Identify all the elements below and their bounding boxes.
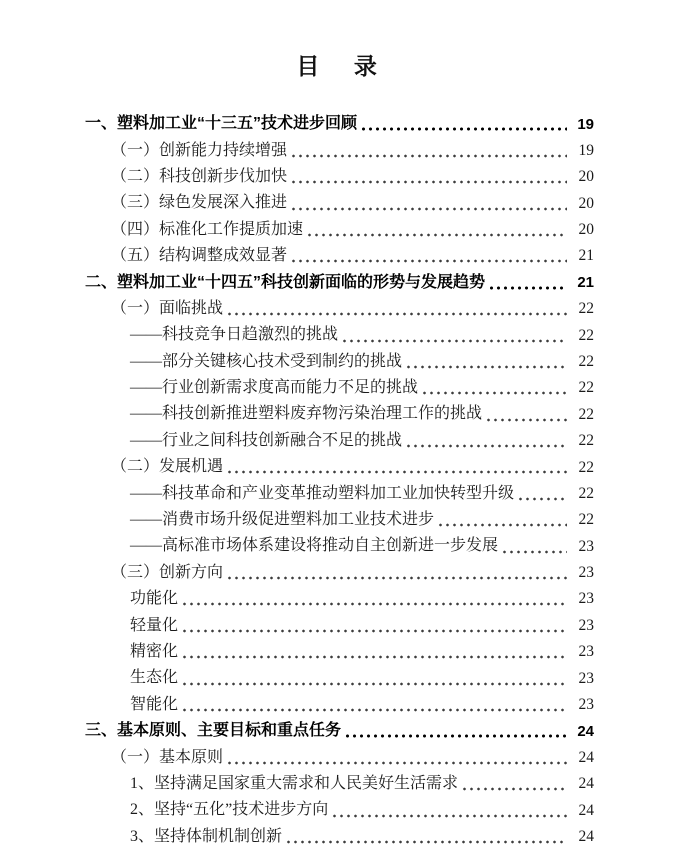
dot-leader <box>360 126 567 132</box>
toc-entry: 1、坚持满足国家重大需求和人民美好生活需求24 <box>0 771 679 797</box>
toc-entry-label: 三、基本原则、主要目标和重点任务 <box>85 723 341 739</box>
toc-entry-label: 精密化 <box>130 644 178 660</box>
toc-entry-page: 21 <box>571 248 594 264</box>
toc-entry: （一）面临挑战22 <box>0 296 679 322</box>
toc-entry-page: 22 <box>571 486 594 502</box>
toc-entry-label: ——科技革命和产业变革推动塑料加工业加快转型升级 <box>130 486 514 502</box>
toc-entry-page: 22 <box>571 512 594 528</box>
dot-leader <box>181 628 567 634</box>
dot-leader <box>181 601 567 607</box>
toc-entry-page: 22 <box>571 460 594 476</box>
toc-entry-page: 23 <box>571 697 594 713</box>
toc-entry: 智能化23 <box>0 692 679 718</box>
toc-entry-page: 24 <box>571 776 594 792</box>
dot-leader <box>181 681 567 687</box>
toc-entry: （三）创新方向23 <box>0 560 679 586</box>
page-title: 目 录 <box>0 0 679 78</box>
dot-leader <box>488 285 567 291</box>
dot-leader <box>405 364 567 370</box>
dot-leader <box>485 417 567 423</box>
toc-entry: 二、塑料加工业“十四五”科技创新面临的形势与发展趋势21 <box>0 269 679 295</box>
dot-leader <box>461 786 567 792</box>
toc-entry: ——高标准市场体系建设将推动自主创新进一步发展23 <box>0 533 679 559</box>
toc-entry-page: 19 <box>571 117 594 132</box>
toc-entry: 3、坚持体制机制创新24 <box>0 824 679 850</box>
toc-entry-label: 轻量化 <box>130 618 178 634</box>
dot-leader <box>331 813 567 819</box>
toc-entry: ——科技竞争日趋激烈的挑战22 <box>0 322 679 348</box>
toc-entry-page: 23 <box>571 671 594 687</box>
dot-leader <box>421 390 567 396</box>
toc-entry-label: （二）科技创新步伐加快 <box>111 169 287 185</box>
dot-leader <box>344 733 567 739</box>
toc-entry-label: 功能化 <box>130 591 178 607</box>
toc-entry-page: 22 <box>571 328 594 344</box>
dot-leader <box>290 258 567 264</box>
toc-entry-label: ——行业创新需求度高而能力不足的挑战 <box>130 380 418 396</box>
dot-leader <box>306 232 567 238</box>
dot-leader <box>405 443 567 449</box>
toc-entry: ——科技革命和产业变革推动塑料加工业加快转型升级22 <box>0 480 679 506</box>
toc-entry-page: 19 <box>571 143 594 159</box>
toc-entry-page: 20 <box>571 196 594 212</box>
toc-entry-label: 二、塑料加工业“十四五”科技创新面临的形势与发展趋势 <box>85 275 485 291</box>
toc-entry-page: 22 <box>571 301 594 317</box>
toc-entry-label: ——部分关键核心技术受到制约的挑战 <box>130 354 402 370</box>
toc-entry: （一）基本原则24 <box>0 744 679 770</box>
toc-entry-page: 23 <box>571 565 594 581</box>
dot-leader <box>181 654 567 660</box>
dot-leader <box>226 760 567 766</box>
toc-entry: （三）绿色发展深入推进20 <box>0 190 679 216</box>
toc-entry-page: 22 <box>571 433 594 449</box>
toc-entry-label: （三）创新方向 <box>111 565 223 581</box>
toc-entry-page: 23 <box>571 644 594 660</box>
toc-entry-label: 3、坚持体制机制创新 <box>130 829 282 845</box>
toc-entry: 2、坚持“五化”技术进步方向24 <box>0 797 679 823</box>
toc-entry-label: 2、坚持“五化”技术进步方向 <box>130 802 328 818</box>
toc-entry-page: 22 <box>571 380 594 396</box>
dot-leader <box>290 206 567 212</box>
dot-leader <box>285 839 567 845</box>
toc-entry-page: 22 <box>571 407 594 423</box>
toc-entry: （一）创新能力持续增强19 <box>0 137 679 163</box>
toc-entry-label: （四）标准化工作提质加速 <box>111 222 303 238</box>
dot-leader <box>226 575 567 581</box>
toc-entry: ——部分关键核心技术受到制约的挑战22 <box>0 349 679 375</box>
dot-leader <box>501 549 567 555</box>
toc-entry-label: （一）创新能力持续增强 <box>111 143 287 159</box>
toc-entry-page: 24 <box>571 750 594 766</box>
toc-entry-page: 21 <box>571 275 594 290</box>
toc-entry-label: 智能化 <box>130 697 178 713</box>
toc-entry-page: 23 <box>571 591 594 607</box>
toc-entry-page: 24 <box>571 829 594 845</box>
toc-entry: 一、塑料加工业“十三五”技术进步回顾19 <box>0 111 679 137</box>
toc-entry-label: ——科技竞争日趋激烈的挑战 <box>130 327 338 343</box>
toc-entry: ——消费市场升级促进塑料加工业技术进步22 <box>0 507 679 533</box>
dot-leader <box>437 522 567 528</box>
toc-entry-label: 生态化 <box>130 670 178 686</box>
toc-entry-page: 23 <box>571 618 594 634</box>
dot-leader <box>181 707 567 713</box>
toc-entry-label: （二）发展机遇 <box>111 459 223 475</box>
toc-entry: ——行业创新需求度高而能力不足的挑战22 <box>0 375 679 401</box>
toc-entry: 功能化23 <box>0 586 679 612</box>
toc-entry: （四）标准化工作提质加速20 <box>0 217 679 243</box>
dot-leader <box>290 153 567 159</box>
toc-entry-page: 24 <box>571 724 594 739</box>
toc-entry-label: （五）结构调整成效显著 <box>111 248 287 264</box>
dot-leader <box>226 469 567 475</box>
toc-entry: 轻量化23 <box>0 612 679 638</box>
toc-entry: （二）科技创新步伐加快20 <box>0 164 679 190</box>
toc-entry-page: 22 <box>571 354 594 370</box>
toc-entry-page: 20 <box>571 222 594 238</box>
toc-entry-page: 24 <box>571 803 594 819</box>
toc-list: 一、塑料加工业“十三五”技术进步回顾19（一）创新能力持续增强19（二）科技创新… <box>0 111 679 850</box>
document-page: 目 录 一、塑料加工业“十三五”技术进步回顾19（一）创新能力持续增强19（二）… <box>0 0 679 854</box>
toc-entry-page: 20 <box>571 169 594 185</box>
toc-entry: ——行业之间科技创新融合不足的挑战22 <box>0 428 679 454</box>
toc-entry-label: ——科技创新推进塑料废弃物污染治理工作的挑战 <box>130 406 482 422</box>
toc-entry: 生态化23 <box>0 665 679 691</box>
dot-leader <box>290 179 567 185</box>
toc-entry-label: ——行业之间科技创新融合不足的挑战 <box>130 433 402 449</box>
dot-leader <box>226 311 567 317</box>
toc-entry: ——科技创新推进塑料废弃物污染治理工作的挑战22 <box>0 401 679 427</box>
toc-entry: 精密化23 <box>0 639 679 665</box>
toc-entry: （五）结构调整成效显著21 <box>0 243 679 269</box>
toc-entry-label: （一）基本原则 <box>111 750 223 766</box>
toc-entry-label: （一）面临挑战 <box>111 301 223 317</box>
toc-entry-label: ——高标准市场体系建设将推动自主创新进一步发展 <box>130 538 498 554</box>
toc-entry-label: 1、坚持满足国家重大需求和人民美好生活需求 <box>130 776 458 792</box>
toc-entry-label: ——消费市场升级促进塑料加工业技术进步 <box>130 512 434 528</box>
toc-entry-page: 23 <box>571 539 594 555</box>
dot-leader <box>341 338 567 344</box>
toc-entry-label: （三）绿色发展深入推进 <box>111 195 287 211</box>
toc-entry-label: 一、塑料加工业“十三五”技术进步回顾 <box>85 116 357 132</box>
toc-entry: 三、基本原则、主要目标和重点任务24 <box>0 718 679 744</box>
toc-entry: （二）发展机遇22 <box>0 454 679 480</box>
dot-leader <box>517 496 567 502</box>
